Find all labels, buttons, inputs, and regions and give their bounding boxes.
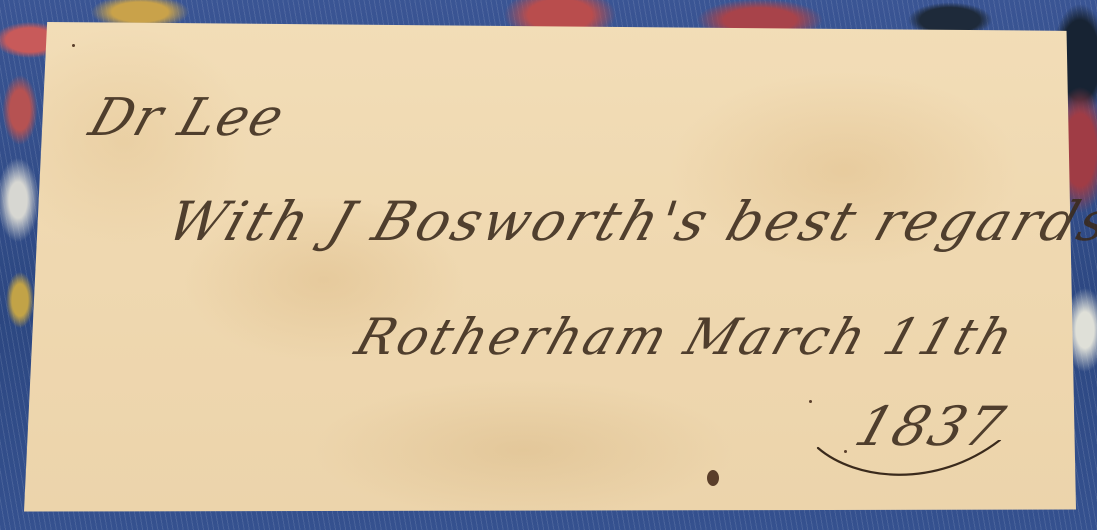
note-place-date: Rotherham March 11th (349, 308, 1024, 366)
signature-flourish (815, 440, 1005, 500)
paper-speck (72, 44, 75, 47)
ink-blot (707, 470, 719, 486)
note-body: With J Bosworth's best regards (160, 190, 1097, 253)
note-salutation: Dr Lee (82, 88, 293, 148)
paper-speck (809, 400, 812, 403)
